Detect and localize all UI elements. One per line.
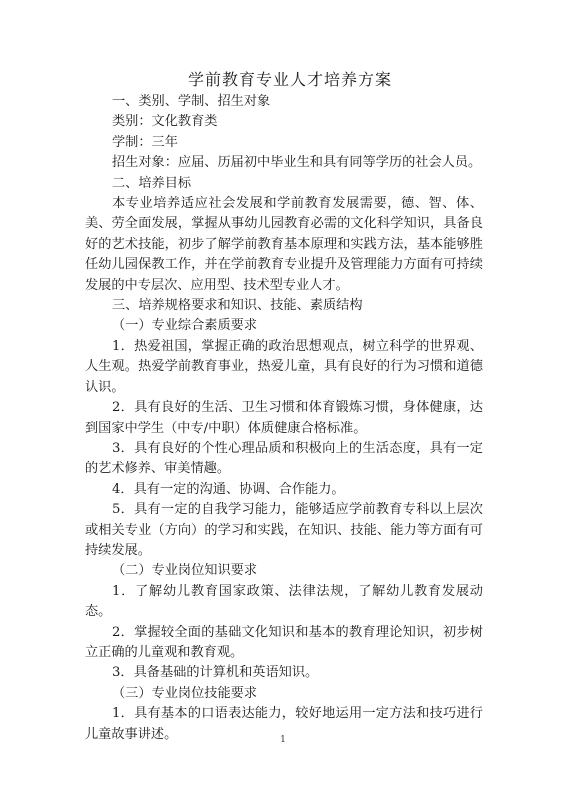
section-heading-2: 二、培养目标	[85, 174, 483, 194]
list-item: 1．了解幼儿教育国家政策、法律法规，了解幼儿教育发展动态。	[85, 582, 483, 623]
list-item: 2．掌握较全面的基础文化知识和基本的教育理论知识，初步树立正确的儿童观和教育观。	[85, 623, 483, 664]
document-page: 学前教育专业人才培养方案 一、类别、学制、招生对象 类别：文化教育类 学制：三年…	[85, 68, 483, 745]
list-item: 2．具有良好的生活、卫生习惯和体育锻炼习惯，身体健康，达到国家中学生（中专/中职…	[85, 398, 483, 439]
subsection-heading-3: （三）专业岗位技能要求	[85, 684, 483, 704]
list-item: 3．具有良好的个性心理品质和积极向上的生活态度，具有一定的艺术修养、审美情趣。	[85, 439, 483, 480]
list-item: 5．具有一定的自我学习能力，能够适应学前教育专科以上层次或相关专业（方向）的学习…	[85, 500, 483, 561]
category-line: 类别：文化教育类	[85, 112, 483, 132]
subsection-heading-2: （二）专业岗位知识要求	[85, 561, 483, 581]
subsection-heading-1: （一）专业综合素质要求	[85, 316, 483, 336]
page-number: 1	[0, 735, 566, 745]
document-title: 学前教育专业人才培养方案	[85, 68, 483, 92]
enrollment-line: 招生对象：应届、历届初中毕业生和具有同等学历的社会人员。	[85, 153, 483, 173]
list-item: 1．热爱祖国，掌握正确的政治思想观点，树立科学的世界观、人生观。热爱学前教育事业…	[85, 337, 483, 398]
list-item: 4．具有一定的沟通、协调、合作能力。	[85, 480, 483, 500]
training-goal-paragraph: 本专业培养适应社会发展和学前教育发展需要，德、智、体、美、劳全面发展，掌握从事幼…	[85, 194, 483, 296]
list-item: 3．具备基础的计算机和英语知识。	[85, 663, 483, 683]
section-heading-3: 三、培养规格要求和知识、技能、素质结构	[85, 296, 483, 316]
section-heading-1: 一、类别、学制、招生对象	[85, 92, 483, 112]
duration-line: 学制：三年	[85, 133, 483, 153]
